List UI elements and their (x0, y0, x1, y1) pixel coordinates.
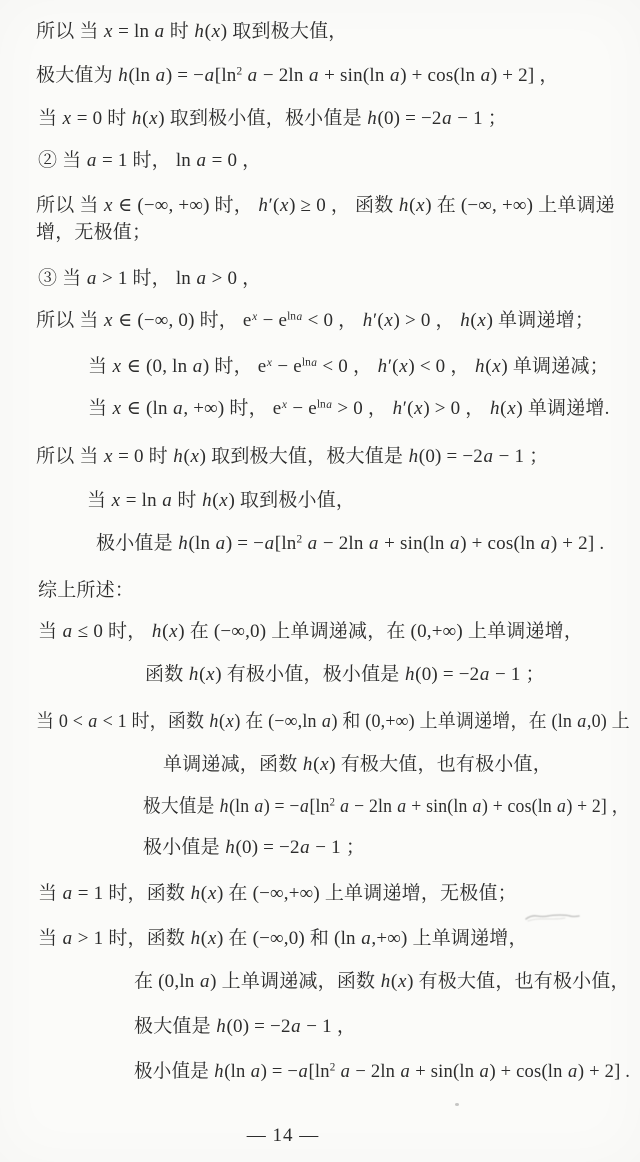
text-line: 极小值是 h(ln a) = −a[ln2 a − 2ln a + sin(ln… (134, 1058, 630, 1085)
text-line: 综上所述： (38, 577, 134, 604)
text-line: 当 a = 1 时，函数 h(x) 在 (−∞,+∞) 上单调递增，无极值； (38, 880, 517, 907)
text-line: 所以 当 x = ln a 时 h(x) 取到极大值， (36, 18, 347, 45)
text-line: 极大值为 h(ln a) = −a[ln2 a − 2ln a + sin(ln… (36, 62, 559, 89)
text-line: 函数 h(x) 有极小值，极小值是 h(0) = −2a − 1 ； (145, 661, 545, 688)
text-line: 当 x = ln a 时 h(x) 取到极小值， (87, 487, 355, 514)
text-line: 极小值是 h(ln a) = −a[ln2 a − 2ln a + sin(ln… (96, 530, 604, 557)
text-line: 当 x ∈ (0, ln a) 时， ex − elna < 0 ， h′(x)… (88, 353, 609, 380)
text-line: 当 a ≤ 0 时， h(x) 在 (−∞,0) 上单调递减，在 (0,+∞) … (38, 618, 583, 645)
scan-speck-artifact (455, 1103, 459, 1106)
text-line: 所以 当 x ∈ (−∞, 0) 时， ex − elna < 0 ， h′(x… (36, 307, 594, 334)
text-line: 极小值是 h(0) = −2a − 1 ； (143, 834, 365, 861)
text-line: 单调递减，函数 h(x) 有极大值，也有极小值， (163, 751, 552, 778)
pencil-smudge-artifact (524, 911, 582, 925)
text-line: 当 a > 1 时，函数 h(x) 在 (−∞,0) 和 (ln a,+∞) 上… (38, 925, 528, 952)
text-line: 极大值是 h(0) = −2a − 1 ， (134, 1013, 356, 1040)
text-line: 当 0 < a < 1 时，函数 h(x) 在 (−∞,ln a) 和 (0,+… (36, 708, 630, 735)
text-line: 当 x = 0 时 h(x) 取到极小值，极小值是 h(0) = −2a − 1… (38, 105, 507, 132)
text-line: 在 (0,ln a) 上单调递减，函数 h(x) 有极大值，也有极小值， (134, 968, 630, 995)
text-line: 增，无极值； (36, 219, 151, 246)
document-page: — 14 — 所以 当 x = ln a 时 h(x) 取到极大值，极大值为 h… (0, 0, 640, 1162)
text-line: ③ 当 a > 1 时， ln a > 0 ， (38, 265, 261, 292)
text-line: 所以 当 x ∈ (−∞, +∞) 时， h′(x) ≥ 0 ， 函数 h(x)… (36, 192, 615, 219)
text-line: 当 x ∈ (ln a, +∞) 时， ex − elna > 0 ， h′(x… (88, 395, 610, 422)
text-line: ② 当 a = 1 时， ln a = 0 ， (38, 147, 261, 174)
text-line: 所以 当 x = 0 时 h(x) 取到极大值，极大值是 h(0) = −2a … (36, 443, 548, 470)
page-number: — 14 — (0, 1122, 566, 1149)
text-line: 极大值是 h(ln a) = −a[ln2 a − 2ln a + sin(ln… (143, 793, 630, 820)
